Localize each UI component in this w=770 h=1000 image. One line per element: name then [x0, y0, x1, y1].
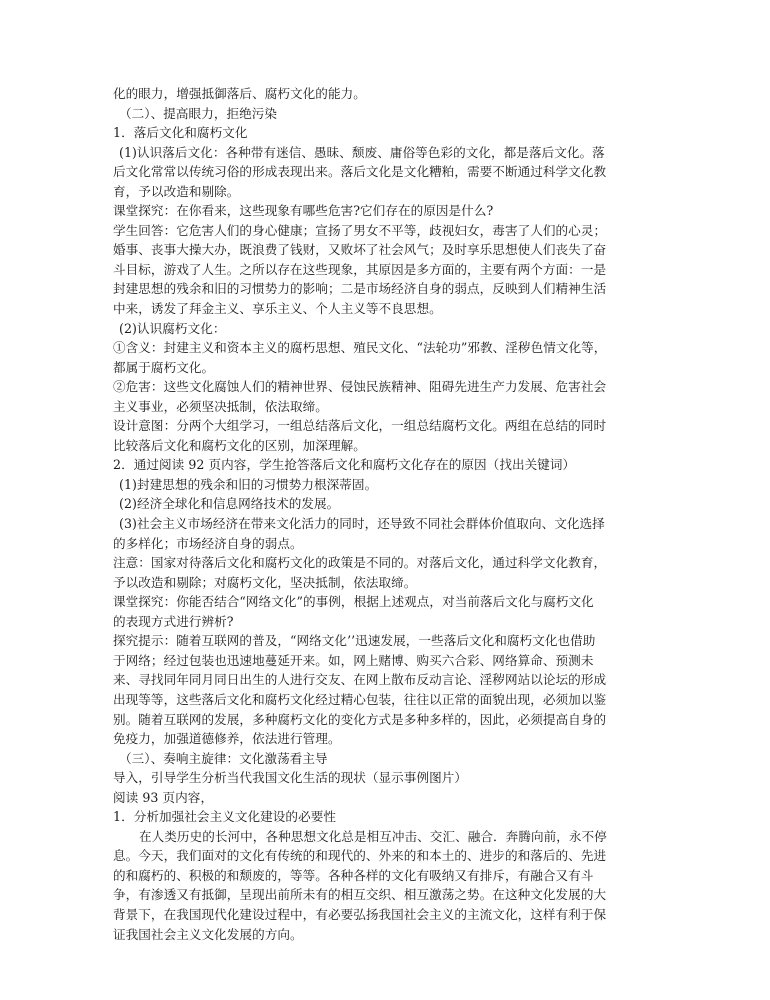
text-line: 比较落后文化和腐朽文化的区别，加深理解。	[113, 436, 665, 456]
text-line: 课堂探究：在你看来，这些现象有哪些危害?它们存在的原因是什么?	[113, 201, 665, 221]
text-line: 化的眼力，增强抵御落后、腐朽文化的能力。	[113, 84, 665, 104]
section-heading-2: （二）、提高眼力，拒绝污染	[113, 104, 665, 124]
text-line: 来、寻找同年同月同日出生的人进行交友、在网上散布反动言论、淫秽网站以论坛的形成	[113, 670, 665, 690]
text-line: 在人类历史的长河中，各种思想文化总是相互冲击、交汇、融合．奔腾向前，永不停	[113, 827, 665, 847]
text-line: 证我国社会主义文化发展的方向。	[113, 925, 665, 945]
text-line: 的和腐朽的、积极的和颓废的，等等。各种各样的文化有吸纳又有排斥，有融合又有斗	[113, 866, 665, 886]
text-line: 导入，引导学生分析当代我国文化生活的现状（显示事例图片）	[113, 768, 665, 788]
text-line: 都属于腐朽文化。	[113, 358, 665, 378]
subsection-heading: 1．分析加强社会主义文化建设的必要性	[113, 807, 665, 827]
text-line: 斗目标，游戏了人生。之所以存在这些现象，其原因是多方面的，主要有两个方面：一是	[113, 260, 665, 280]
text-line: 出现等等，这些落后文化和腐朽文化经过精心包装，往往以正常的面貌出现，必须加以鉴	[113, 690, 665, 710]
text-line: 后文化常常以传统习俗的形成表现出来。落后文化是文化糟粕，需要不断通过科学文化教	[113, 162, 665, 182]
text-line: 予以改造和剔除；对腐朽文化，坚决抵制，依法取缔。	[113, 573, 665, 593]
text-line: 别。随着互联网的发展，多种腐朽文化的变化方式是多种多样的，因此，必须提高自身的	[113, 710, 665, 730]
text-line: 婚事、丧事大操大办，既浪费了钱财，又败坏了社会风气；及时享乐思想使人们丧失了奋	[113, 240, 665, 260]
text-line: ①含义：封建主义和资本主义的腐朽思想、殖民文化、“法轮功”邪教、淫秽色情文化等，	[113, 338, 665, 358]
text-line: 课堂探究：你能否结合“网络文化”的事例，根据上述观点，对当前落后文化与腐朽文化	[113, 592, 665, 612]
document-page: 化的眼力，增强抵御落后、腐朽文化的能力。 （二）、提高眼力，拒绝污染 1．落后文…	[113, 84, 665, 944]
text-line: 息。今天，我们面对的文化有传统的和现代的、外来的和本土的、进步的和落后的、先进	[113, 846, 665, 866]
text-line: 的表现方式进行辨析?	[113, 612, 665, 632]
text-line: 背景下，在我国现代化建设过程中，有必要弘扬我国社会主义的主流文化，这样有利于保	[113, 905, 665, 925]
text-line: 主义事业，必须坚决抵制，依法取缔。	[113, 397, 665, 417]
text-line: 注意：国家对待落后文化和腐朽文化的政策是不同的。对落后文化，通过科学文化教育，	[113, 553, 665, 573]
text-line: 免疫力，加强道德修养，依法进行管理。	[113, 729, 665, 749]
text-line: (2)认识腐朽文化：	[113, 319, 665, 339]
section-heading-3: （三）、奏响主旋律：文化激荡看主导	[113, 749, 665, 769]
text-line: 封建思想的残余和旧的习惯势力的影响；二是市场经济自身的弱点，反映到人们精神生活	[113, 279, 665, 299]
text-line: 育，予以改造和剔除。	[113, 182, 665, 202]
text-line: (3)社会主义市场经济在带来文化活力的同时，还导致不同社会群体价值取向、文化选择	[113, 514, 665, 534]
text-line: 的多样化；市场经济自身的弱点。	[113, 534, 665, 554]
text-line: (2)经济全球化和信息网络技术的发展。	[113, 494, 665, 514]
subsection-heading: 2．通过阅读 92 页内容，学生抢答落后文化和腐朽文化存在的原因（找出关键词）	[113, 455, 665, 475]
text-line: 探究提示：随着互联网的普及，“网络文化’’迅速发展，一些落后文化和腐朽文化也借助	[113, 631, 665, 651]
text-line: 中来，诱发了拜金主义、享乐主义、个人主义等不良思想。	[113, 299, 665, 319]
text-line: 于网络；经过包装也迅速地蔓延开来。如，网上赌博、购买六合彩、网络算命、预测未	[113, 651, 665, 671]
text-line: 设计意图：分两个大组学习，一组总结落后文化，一组总结腐朽文化。两组在总结的同时	[113, 416, 665, 436]
text-line: (1)封建思想的残余和旧的习惯势力根深蒂固。	[113, 475, 665, 495]
subsection-heading: 1．落后文化和腐朽文化	[113, 123, 665, 143]
text-line: ②危害：这些文化腐蚀人们的精神世界、侵蚀民族精神、阻碍先进生产力发展、危害社会	[113, 377, 665, 397]
text-line: 学生回答：它危害人们的身心健康；宣扬了男女不平等，歧视妇女，毒害了人们的心灵；	[113, 221, 665, 241]
text-line: (1)认识落后文化：各种带有迷信、愚昧、颓废、庸俗等色彩的文化，都是落后文化。落	[113, 143, 665, 163]
text-line: 争，有渗透又有抵御，呈现出前所未有的相互交织、相互激荡之势。在这种文化发展的大	[113, 885, 665, 905]
text-line: 阅读 93 页内容，	[113, 788, 665, 808]
